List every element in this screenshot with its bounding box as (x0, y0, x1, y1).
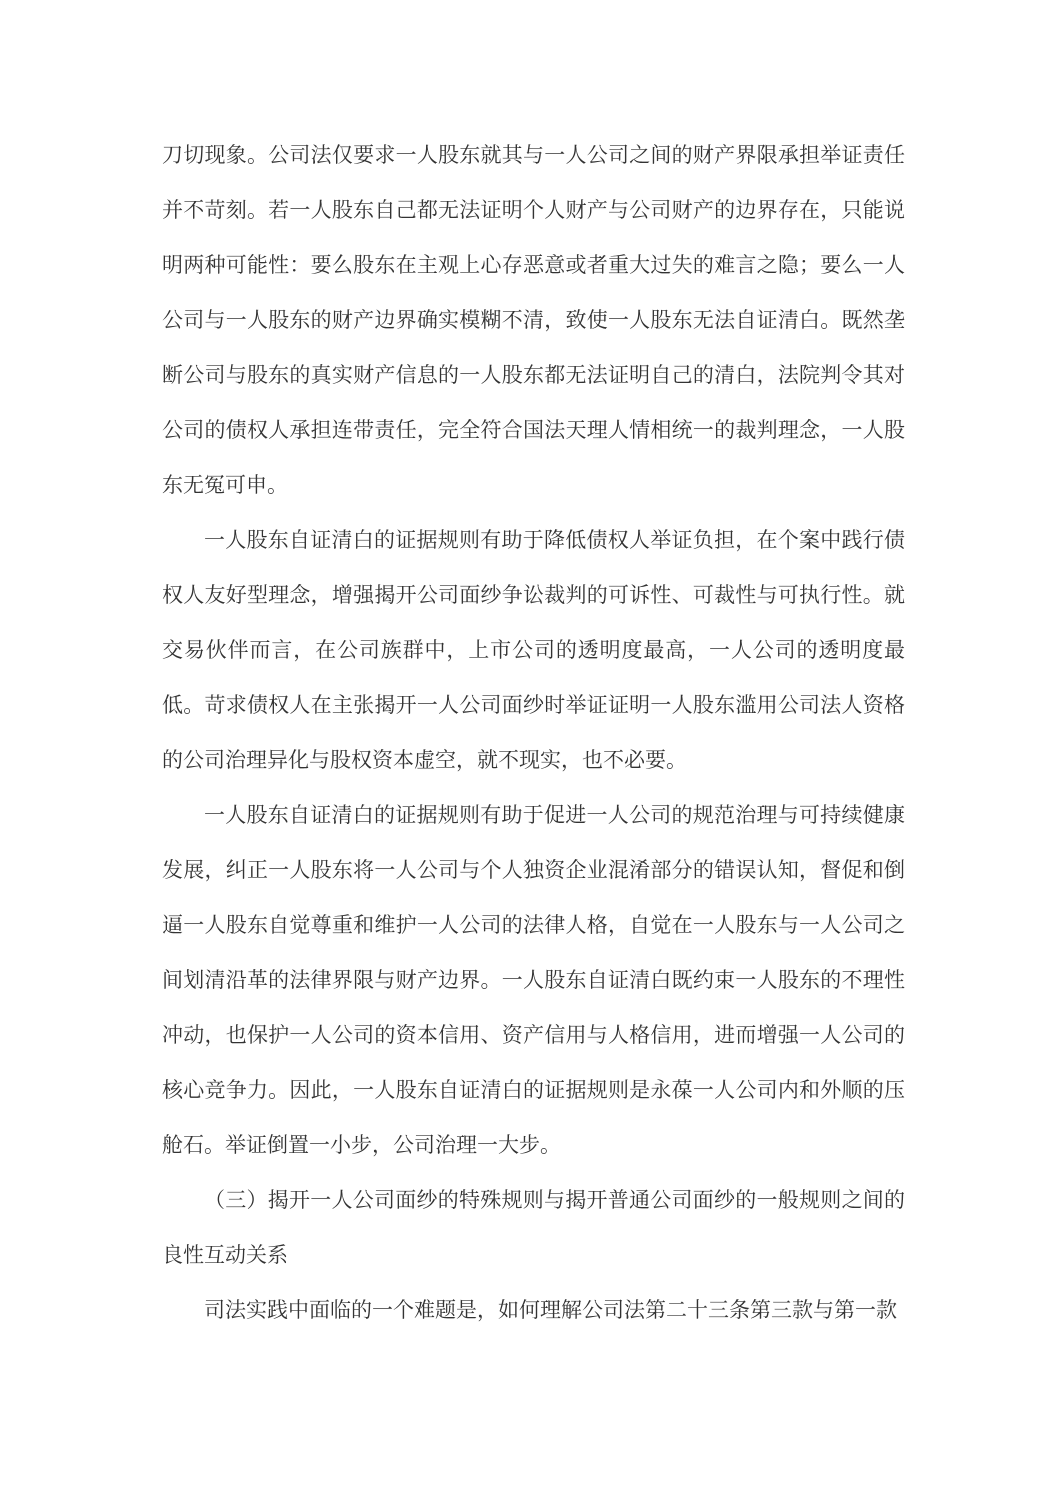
paragraph: 刀切现象。公司法仅要求一人股东就其与一人公司之间的财产界限承担举证责任并不苛刻。… (162, 128, 905, 513)
paragraph: 一人股东自证清白的证据规则有助于降低债权人举证负担，在个案中践行债权人友好型理念… (162, 513, 905, 788)
document-body-text: 刀切现象。公司法仅要求一人股东就其与一人公司之间的财产界限承担举证责任并不苛刻。… (162, 128, 905, 1338)
paragraph: （三）揭开一人公司面纱的特殊规则与揭开普通公司面纱的一般规则之间的良性互动关系 (162, 1173, 905, 1283)
paragraph: 一人股东自证清白的证据规则有助于促进一人公司的规范治理与可持续健康发展，纠正一人… (162, 788, 905, 1173)
document-page: 刀切现象。公司法仅要求一人股东就其与一人公司之间的财产界限承担举证责任并不苛刻。… (0, 0, 1058, 1497)
paragraph: 司法实践中面临的一个难题是，如何理解公司法第二十三条第三款与第一款 (162, 1283, 905, 1338)
